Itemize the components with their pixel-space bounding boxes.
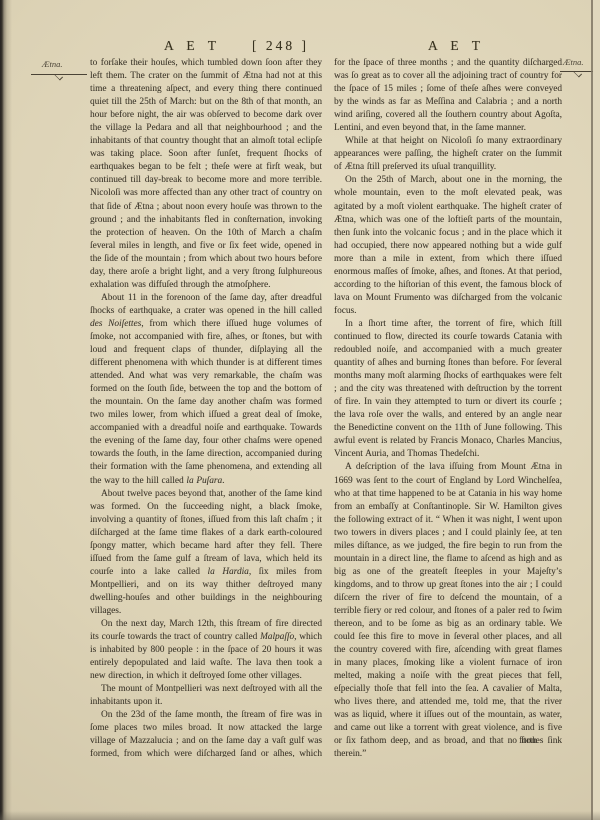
paragraph: In a ſhort time after, the torrent of fi… [334,318,562,462]
text-segment: A deſcription of the lava iſſuing from M… [334,462,562,757]
paragraph: The mount of Montpellieri was next deſtr… [90,683,322,709]
text-segment: , from which there iſſued huge volumes o… [90,319,322,486]
paragraph: for the ſpace of three months ; and the … [334,57,562,135]
italic-text-segment: la Hardia [207,567,248,577]
paragraph: About 11 in the forenoon of the ſame day… [90,292,322,488]
text-segment: About twelve paces beyond that, another … [90,489,322,577]
italic-text-segment: des Noiſettes [90,319,141,329]
text-column-left: to forſake their houſes, which tumbled d… [90,57,322,757]
text-segment: to forſake their houſes, which tumbled d… [90,58,322,290]
text-segment: . [222,476,224,486]
paragraph: About twelve paces beyond that, another … [90,488,322,618]
italic-text-segment: Malpaſſo [260,632,294,642]
text-segment: In a ſhort time after, the torrent of fi… [334,319,562,459]
flourish-brace [573,69,582,78]
running-header-left: A E T [164,38,221,56]
text-segment: for the ſpace of three months ; and the … [334,58,562,133]
text-segment: While at that height on Nicoloſi ſo many… [334,136,562,172]
paragraph: A deſcription of the lava iſſuing from M… [334,461,562,757]
margin-note-left: Ætna. [42,59,63,69]
catchword: forth [498,736,558,746]
page-edge-bottom [0,811,600,820]
book-page: A E T [ 248 ] A E T Ætna. Ætna. to forſa… [0,0,600,820]
text-segment: On the 25th of March, about one in the m… [334,175,562,315]
italic-text-segment: la Puſara [186,476,222,486]
page-number: [ 248 ] [252,38,309,56]
text-column-right: for the ſpace of three months ; and the … [334,57,562,757]
text-segment: On the 23d of the ſame month, the ſtream… [90,710,322,757]
paragraph: On the 23d of the ſame month, the ſtream… [90,709,322,757]
paragraph: While at that height on Nicoloſi ſo many… [334,135,562,174]
page-edge-right-strip [593,0,600,820]
margin-note-right: Ætna. [563,57,584,67]
text-segment: About 11 in the forenoon of the ſame day… [90,293,322,316]
flourish-brace [54,72,63,81]
text-segment: The mount of Montpellieri was next deſtr… [90,684,322,707]
margin-note-flourish-left [31,74,87,75]
paragraph: On the 25th of March, about one in the m… [334,174,562,318]
page-edge-left [0,0,12,820]
paragraph: On the next day, March 12th, this ſtream… [90,618,322,683]
paragraph: to forſake their houſes, which tumbled d… [90,57,322,292]
running-header-right: A E T [428,38,485,56]
